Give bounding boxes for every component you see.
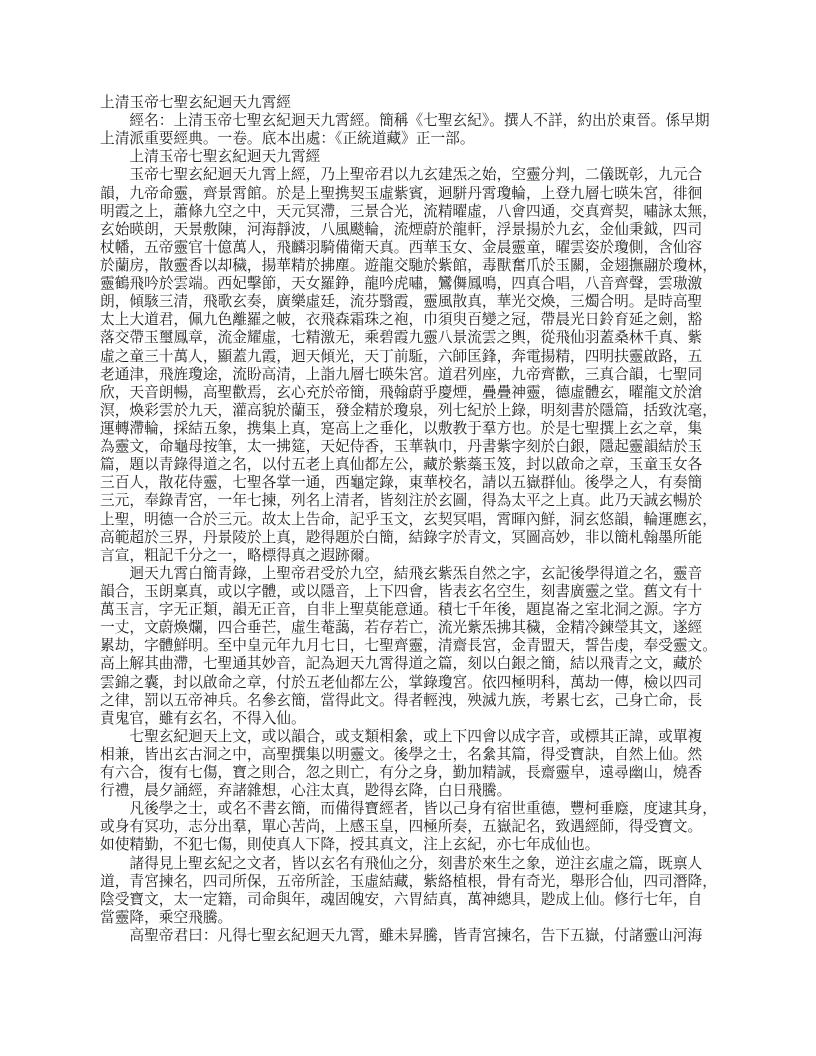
- text-line: 諸得見上聖玄紀之文者，皆以玄名有飛仙之分，刻書於來生之象，逆注玄虛之篇，既禀人: [100, 855, 722, 873]
- text-line: 欣，天音朗暢，高聖歡焉，玄心充於帝簡，飛翰蔚乎慶煙，疊疊神靈，德虛體玄，曜龍文於…: [100, 384, 722, 402]
- text-line: 三百人，散花侍靈，七聖各掌一通，西龜定錄，東華校名，請以五嶽群仙。後學之人，有奏…: [100, 474, 722, 492]
- text-line: 上清派重要經典。一卷。底本出處：《正統道藏》正一部。: [100, 130, 722, 148]
- text-line: 有六合，復有七傷，寶之則合，忽之則亡，有分之身，勤加精誠，長齋靈皁，遠尋幽山，燒…: [100, 764, 722, 782]
- text-line: 凡後學之士，或名不書玄簡，而備得寶經者，皆以己身有宿世重德，豐柯垂廕，度逮其身，: [100, 800, 722, 818]
- text-line: 篇，題以青錄得道之名，以付五老上真仙都左公，藏於紫蘂玉笈，封以啟命之章，玉童玉女…: [100, 456, 722, 474]
- text-line: 迴天九霄白簡青錄，上聖帝君受於九空，結飛玄紫炁自然之字，玄記後學得道之名，靈音: [100, 565, 722, 583]
- text-line: 或身有冥功，志分出羣，單心苦尚，上感玉皇，四極所奏，五嶽記名，致遇經師，得受寶文…: [100, 818, 722, 836]
- text-line: 太上大道君，佩九色離羅之帔，衣飛森霜珠之袍，巾須臾百變之冠，帶晨光日鈴育延之劍，…: [100, 311, 722, 329]
- text-line: 一丈，文蔚煥爛，四合垂芒，虛生菴藹，若存若亡，流光紫炁拂其穢，金精冷鍊瑩其文，遂…: [100, 619, 722, 637]
- text-line: 如使精勤，不犯七傷，則使真人下降，授其真文，注上玄紀，亦七年成仙也。: [100, 836, 722, 854]
- text-line: 累劫，字體鮮明。至中皇元年九月七日，七聖齊靈，清齋長宮，金青盟天，誓告虔，奉受靈…: [100, 637, 722, 655]
- text-line: 高上解其曲滯，七聖通其妙音，記為迴天九霄得道之篇，刻以白銀之簡，結以飛青之文，藏…: [100, 655, 722, 673]
- text-line: 上聖，明德一合於三元。故太上告命，記乎玉文，玄契冥唱，霄暉內鮮，洞玄悠韻，輪運應…: [100, 511, 722, 529]
- text-line: 經名：上清玉帝七聖玄紀迴天九霄經。簡稱《七聖玄紀》。撰人不詳，約出於東晉。係早期: [100, 112, 722, 130]
- text-line: 陰受寶文，太一定籍，司命與年，魂固魄安，六胃結真，萬神總具，尟成上仙。修行七年，…: [100, 891, 722, 909]
- text-line: 靈鶴飛吟於雲端。西妃擊節，天女羅錚，龍吟虎嘯，鸞儛鳳鳴，四真合唱，八音齊聲，雲璈…: [100, 275, 722, 293]
- text-line: 運轉滯輪，採結五象，携集上真，寔高上之垂化，以敷教于羣方也。於是七聖撰上玄之章，…: [100, 420, 722, 438]
- text-line: 之律，罰以五帝神兵。名參玄簡，當得此文。得者輕洩，殃滅九族，考累七玄，己身亡命，…: [100, 692, 722, 710]
- text-line: 為靈文，命龜母按筆，太一拂筵，天妃侍香，玉華執巾，丹書紫字刻於白銀，隱起靈韻結於…: [100, 438, 722, 456]
- text-line: 明霞之上，蕭條九空之中，天元冥滯，三景合光，流精曜虛，八會四通，交真齊契，嘯詠太…: [100, 203, 722, 221]
- text-line: 落交帶玉璽鳳章，流金耀虛，七精激无，乘碧霞九靈八景流雲之輿，從飛仙羽蓋桑林千真、…: [100, 329, 722, 347]
- text-line: 虛之童三十萬人，顯蓋九霞，迴天傾光，天丁前駈，六師匡鋒，奔電揚精，四明扶靈啟路，…: [100, 348, 722, 366]
- document-page: 上清玉帝七聖玄紀迴天九霄經 經名：上清玉帝七聖玄紀迴天九霄經。簡稱《七聖玄紀》。…: [0, 0, 816, 1056]
- text-line: 玄始暎朗，天景敷陳，河海靜波，八風颷輪，流煙蔚於龍軒，浮景揚於九玄，金仙秉鉞，四…: [100, 221, 722, 239]
- text-line: 朗，傾駭三清，飛歌玄奏，廣樂虛廷，流芬翳霞，靈風散真，華光交煥，三燭合明。是時高…: [100, 293, 722, 311]
- text-line: 當靈降，乘空飛騰。: [100, 909, 722, 927]
- text-line: 三元，奉錄青宮，一年七揀，列名上清者，皆刻注於玄圖，得為太平之上真。此乃天誠玄暢…: [100, 492, 722, 510]
- text-line: 高範超於三界，丹景陵於上真，尟得題於白簡，結錄字於青文，冥圖高妙，非以簡札翰墨所…: [100, 529, 722, 547]
- document-text-body: 上清玉帝七聖玄紀迴天九霄經 經名：上清玉帝七聖玄紀迴天九霄經。簡稱《七聖玄紀》。…: [100, 94, 722, 945]
- text-line: 七聖玄紀迴天上文，或以韻合，或支類相絫，或上下四會以成字音，或標其正諱，或單複: [100, 728, 722, 746]
- text-line: 玉帝七聖玄紀迴天九霄上經，乃上聖帝君以九玄建炁之始，空靈分判，二儀既彰，九元合: [100, 166, 722, 184]
- text-line: 溟，煥彩雲於九天，灌高貌於蘭玉，發金精於瓊泉，列七紀於上錄，明刻書於隱篇，括致沈…: [100, 402, 722, 420]
- text-line: 責鬼官，雖有玄名，不得入仙。: [100, 710, 722, 728]
- text-line: 言宣，粗記千分之一，略標得真之遐跡爾。: [100, 547, 722, 565]
- text-line: 於蘭房，散靈香以却穢，揚華精於拂塵。遊龍交馳於紫館，毒獸奮爪於玉關，金翅撫翮於瓊…: [100, 257, 722, 275]
- text-line: 道，青宮揀名，四司所保，五帝所詮，玉虛結藏，紫絡植根，骨有奇光，舉形合仙，四司潛…: [100, 873, 722, 891]
- text-line: 上清玉帝七聖玄紀迴天九霄經: [100, 94, 722, 112]
- text-line: 老通津，飛旌瓊途，流盼高清，上詣九層七暎朱宮。道君列座，九帝齊歡，三真合韻，七聖…: [100, 366, 722, 384]
- text-line: 杖幡，五帝靈官十億萬人，飛麟羽騎備衛天真。西華玉女、金晨靈童，曜雲姿於瓊側，含仙…: [100, 239, 722, 257]
- text-line: 行禮，晨夕誦經，弃諸雜想，心注太真，尟得玄降，白日飛騰。: [100, 782, 722, 800]
- text-line: 韻，九帝命靈，齊景霄館。於是上聖携契玉虛紫賓，迴駢丹霄瓊輪，上登九層七暎朱宮，徘…: [100, 185, 722, 203]
- text-line: 韻合，玉朗稟真，或以字體，或以隱音，上下四會，皆表玄名空生，刻書廣靈之堂。舊文有…: [100, 583, 722, 601]
- text-line: 上清玉帝七聖玄紀迴天九霄經: [100, 148, 722, 166]
- text-line: 高聖帝君曰：凡得七聖玄紀迴天九霄，雖未昇騰，皆青宮揀名，告下五嶽，付諸靈山河海: [100, 927, 722, 945]
- text-line: 雲錦之囊，封以啟命之章，付於五老仙都左公，掌錄瓊宮。依四極明科，萬劫一傳，檢以四…: [100, 674, 722, 692]
- text-line: 萬玉言，字无正類，韻无正音，自非上聖莫能意通。積七千年後，題崑崙之室北洞之源。字…: [100, 601, 722, 619]
- text-line: 相兼，皆出玄古洞之中，高聖撰集以明靈文。後學之士，名絫其篇，得受寶訣，自然上仙。…: [100, 746, 722, 764]
